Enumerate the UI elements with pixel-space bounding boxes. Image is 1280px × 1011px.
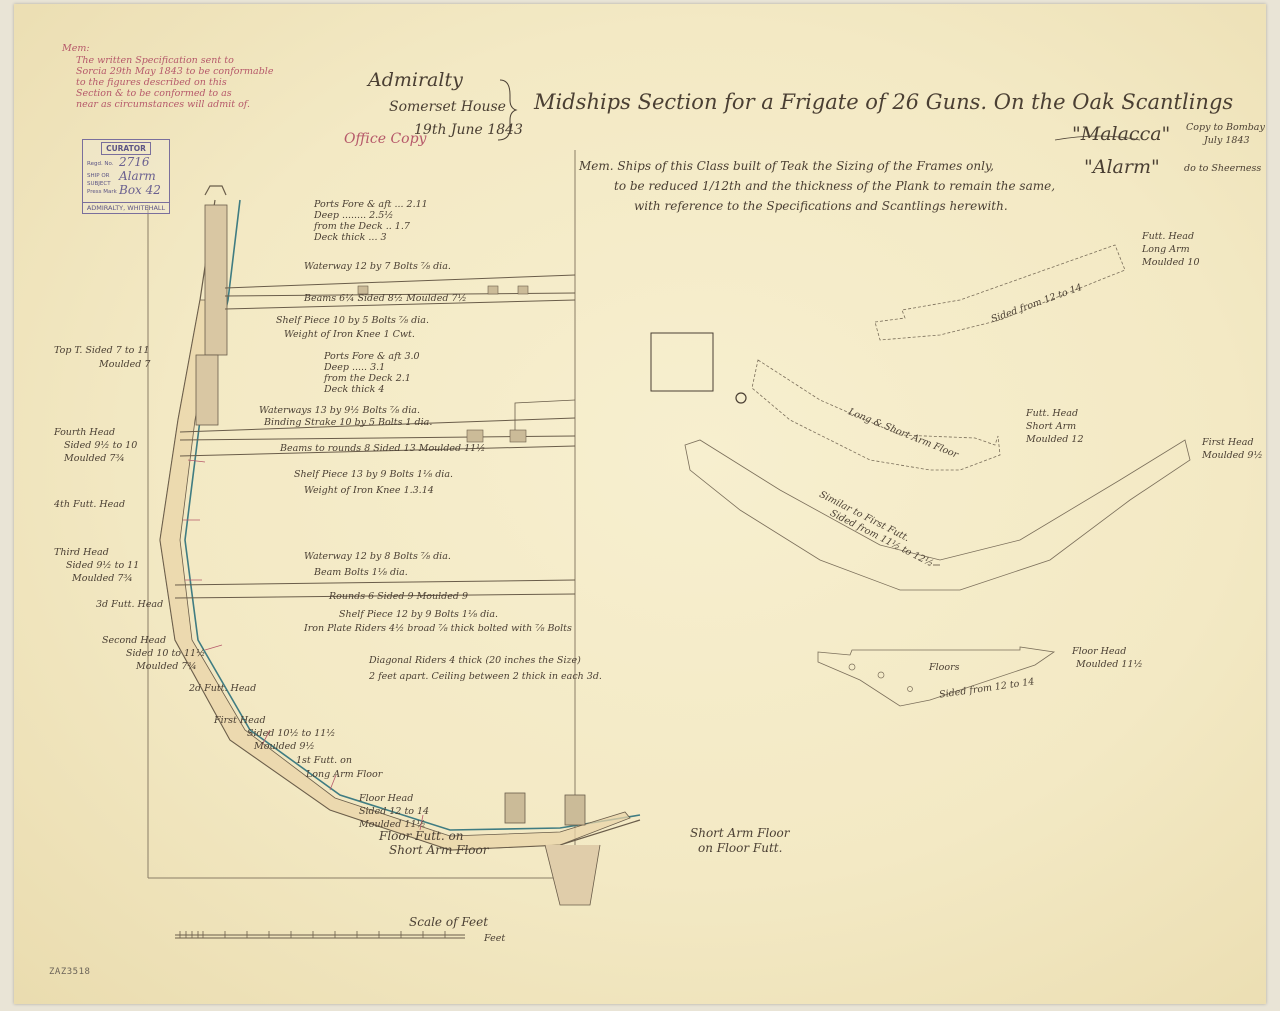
hull-label-sub: Long Arm Floor <box>306 770 382 781</box>
malacca-copy-note: Copy to Bombay <box>1186 123 1265 134</box>
stamp-label: SHIP OR <box>87 173 109 179</box>
stamp-press-mark: Box 42 <box>119 183 161 197</box>
label-short-arm-floor: Short Arm Floor <box>690 827 790 841</box>
hull-label-fourth-futtock: 4th Futt. Head <box>54 500 125 511</box>
date-label: 19th June 1843 <box>414 122 523 138</box>
archive-reference: ZAZ3518 <box>49 967 90 977</box>
timber-3-end-note: Moulded 9½ <box>1202 451 1263 462</box>
hull-label-third-head: Third Head <box>54 548 109 559</box>
stamp-label: Press Mark <box>87 189 117 195</box>
timber-1-note: Long Arm <box>1142 245 1190 256</box>
upper-waterway-note: Waterway 12 by 7 Bolts ⅞ dia. <box>304 262 451 273</box>
stamp-ship-name: Alarm <box>119 169 156 183</box>
lower-beam-bolts-note: Beam Bolts 1⅛ dia. <box>314 568 408 579</box>
main-shelf-note: Shelf Piece 13 by 9 Bolts 1⅛ dia. <box>294 470 453 481</box>
memorandum-line: to be reduced 1/12th and the thickness o… <box>614 180 1055 194</box>
hull-label-floor-futtock: Floor Futt. on <box>379 830 463 844</box>
main-binding-note: Binding Strake 10 by 5 Bolts 1 dia. <box>264 418 432 429</box>
upper-shelf-note: Shelf Piece 10 by 5 Bolts ⅞ dia. <box>276 316 429 327</box>
diagonal-riders-note: 2 feet apart. Ceiling between 2 thick in… <box>369 672 602 683</box>
note-line: Deck thick ... 3 <box>314 233 428 244</box>
alarm-copy-note: do to Sheerness <box>1184 164 1261 175</box>
hull-label-first-head: First Head <box>214 716 266 727</box>
admiralty-header: Admiralty <box>368 70 463 92</box>
drawing-title: Midships Section for a Frigate of 26 Gun… <box>534 90 1233 114</box>
timber-1-note: Moulded 10 <box>1142 258 1200 269</box>
main-iron-note: Weight of Iron Knee 1.3.14 <box>304 486 434 497</box>
lower-waterway-note: Waterway 12 by 8 Bolts ⅞ dia. <box>304 552 451 563</box>
malacca-date: July 1843 <box>1204 136 1250 147</box>
timber-2-note: Moulded 12 <box>1026 435 1084 446</box>
diagonal-riders-note: Diagonal Riders 4 thick (20 inches the S… <box>369 656 581 667</box>
hull-label-sub: Sided 12 to 14 <box>359 807 429 818</box>
lower-shelf-note: Shelf Piece 12 by 9 Bolts 1⅛ dia. <box>339 610 498 621</box>
midship-section-drawing <box>14 4 1266 1004</box>
red-memo-label: Mem: <box>62 44 90 55</box>
stamp-reg-number: 2716 <box>119 155 150 169</box>
hull-label-sub: Moulded 7 <box>99 360 150 371</box>
ship-name-malacca: "Malacca" <box>1072 124 1170 146</box>
hull-label-sub: Sided 9½ to 11 <box>66 561 139 572</box>
lower-beam-note: Rounds 6 Sided 9 Moulded 9 <box>329 592 468 603</box>
timber-1-note: Futt. Head <box>1142 232 1194 243</box>
hull-label-sub: Moulded 9½ <box>254 742 315 753</box>
memorandum-line: Mem. Ships of this Class built of Teak t… <box>579 160 994 174</box>
hull-label-floor-head: Floor Head <box>359 794 413 805</box>
hull-label-fourth-head: Fourth Head <box>54 428 115 439</box>
stamp-label: SUBJECT <box>87 181 111 187</box>
floors-label: Floors <box>929 663 960 674</box>
timber-2-note: Short Arm <box>1026 422 1076 433</box>
main-waterway-note: Waterways 13 by 9½ Bolts ⅞ dia. <box>259 406 420 417</box>
red-memo: The written Specification sent to Sorcia… <box>76 56 273 111</box>
hull-label-third-futtock: 3d Futt. Head <box>96 600 163 611</box>
hull-label-second-futtock: 2d Futt. Head <box>189 684 256 695</box>
hull-label-second-head: Second Head <box>102 636 166 647</box>
timber-2-note: Futt. Head <box>1026 409 1078 420</box>
drawing-sheet: Admiralty Somerset House 19th June 1843 … <box>14 4 1266 1004</box>
hull-label-sub: Moulded 7¾ <box>136 662 197 673</box>
scale-title: Scale of Feet <box>409 916 488 930</box>
memorandum-line: with reference to the Specifications and… <box>634 200 1008 214</box>
floors-note: Moulded 11½ <box>1076 660 1143 671</box>
upper-beam-note: Beams 6¼ Sided 8½ Moulded 7½ <box>304 294 467 305</box>
main-beam-note: Beams to rounds 8 Sided 13 Moulded 11½ <box>280 444 485 455</box>
note-line: Deck thick 4 <box>324 385 420 396</box>
curator-stamp: CURATOR Regd. No. 2716 SHIP OR Alarm SUB… <box>82 139 170 214</box>
upper-iron-note: Weight of Iron Knee 1 Cwt. <box>284 330 415 341</box>
somerset-house-label: Somerset House <box>389 99 506 115</box>
stamp-footer: ADMIRALTY, WHITEHALL <box>83 202 169 212</box>
timber-3-end-note: First Head <box>1202 438 1254 449</box>
ship-name-alarm: "Alarm" <box>1084 157 1160 179</box>
hull-label-sub: Sided 9½ to 10 <box>64 441 137 452</box>
hull-label-sub: Sided 10 to 11½ <box>126 649 205 660</box>
stamp-title: CURATOR <box>101 142 151 155</box>
hull-label-sub: Short Arm Floor <box>389 844 489 858</box>
scale-suffix: Feet <box>484 934 505 945</box>
hull-label-sub: Moulded 7¾ <box>72 574 133 585</box>
red-memo-line: near as circumstances will admit of. <box>76 100 273 111</box>
hull-label-sub: Sided 10½ to 11½ <box>247 729 336 740</box>
hull-label-top-timber: Top T. Sided 7 to 11 <box>54 346 149 357</box>
lower-iron-note: Iron Plate Riders 4½ broad ⅞ thick bolte… <box>304 624 572 635</box>
label-sub: on Floor Futt. <box>698 842 782 856</box>
stamp-label: Regd. No. <box>87 161 114 167</box>
office-copy-stamp: Office Copy <box>344 131 426 147</box>
hull-label-sub: Moulded 7¾ <box>64 454 125 465</box>
upper-deck-ports: Ports Fore & aft ... 2.11 Deep ........ … <box>314 200 428 244</box>
hull-label-first-futtock: 1st Futt. on <box>296 756 352 767</box>
main-deck-ports: Ports Fore & aft 3.0 Deep ..... 3.1 from… <box>324 352 420 396</box>
floors-note: Floor Head <box>1072 647 1126 658</box>
